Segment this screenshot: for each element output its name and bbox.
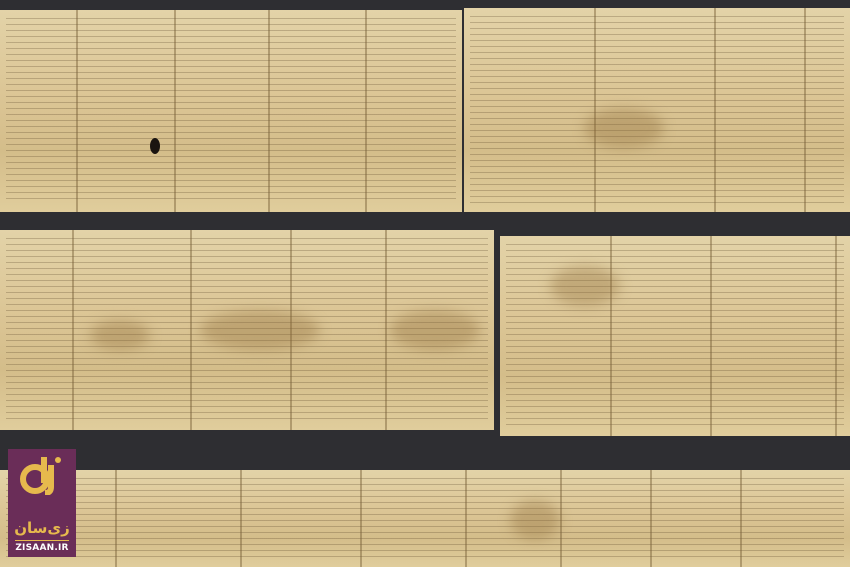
scroll-row-1-left [0,10,462,212]
scroll-row-3 [0,470,850,567]
watermark-logo: زی‌سان ZISAAN.IR [8,449,76,557]
logo-site-text: ZISAAN.IR [15,540,68,553]
text-lines [6,18,456,204]
logo-persian-text: زی‌سان [14,520,70,536]
scroll-row-1-right [464,8,850,212]
text-lines [506,244,844,428]
scroll-row-2-right [500,236,850,436]
scroll-row-2-left [0,230,494,430]
text-lines [470,16,844,204]
text-lines [6,478,844,559]
logo-mark-icon [18,455,66,495]
